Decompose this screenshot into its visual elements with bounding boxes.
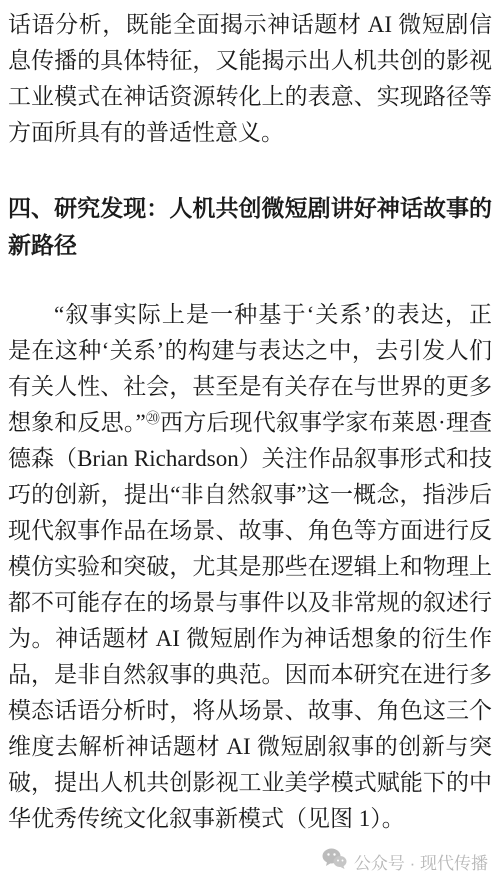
wechat-official-account-icon — [322, 848, 347, 874]
paragraph-2-continuation: 西方后现代叙事学家布莱恩·理查德森（Brian Richardson）关注作品叙… — [8, 410, 492, 831]
footnote-marker-20: ⑳ — [146, 412, 160, 427]
paragraph-2: “叙事实际上是一种基于‘关系’的表达，正是在这种‘关系’的构建与表达之中，去引发… — [8, 297, 492, 837]
watermark: 公众号 · 现代传播 — [322, 848, 488, 874]
section-heading: 四、研究发现：人机共创微短剧讲好神话故事的新路径 — [8, 190, 492, 264]
paragraph-continuation: 话语分析，既能全面揭示神话题材 AI 微短剧信息传播的具体特征，又能揭示出人机共… — [8, 7, 492, 151]
document-page: 话语分析，既能全面揭示神话题材 AI 微短剧信息传播的具体特征，又能揭示出人机共… — [0, 0, 500, 881]
watermark-text: 公众号 · 现代传播 — [354, 849, 488, 874]
